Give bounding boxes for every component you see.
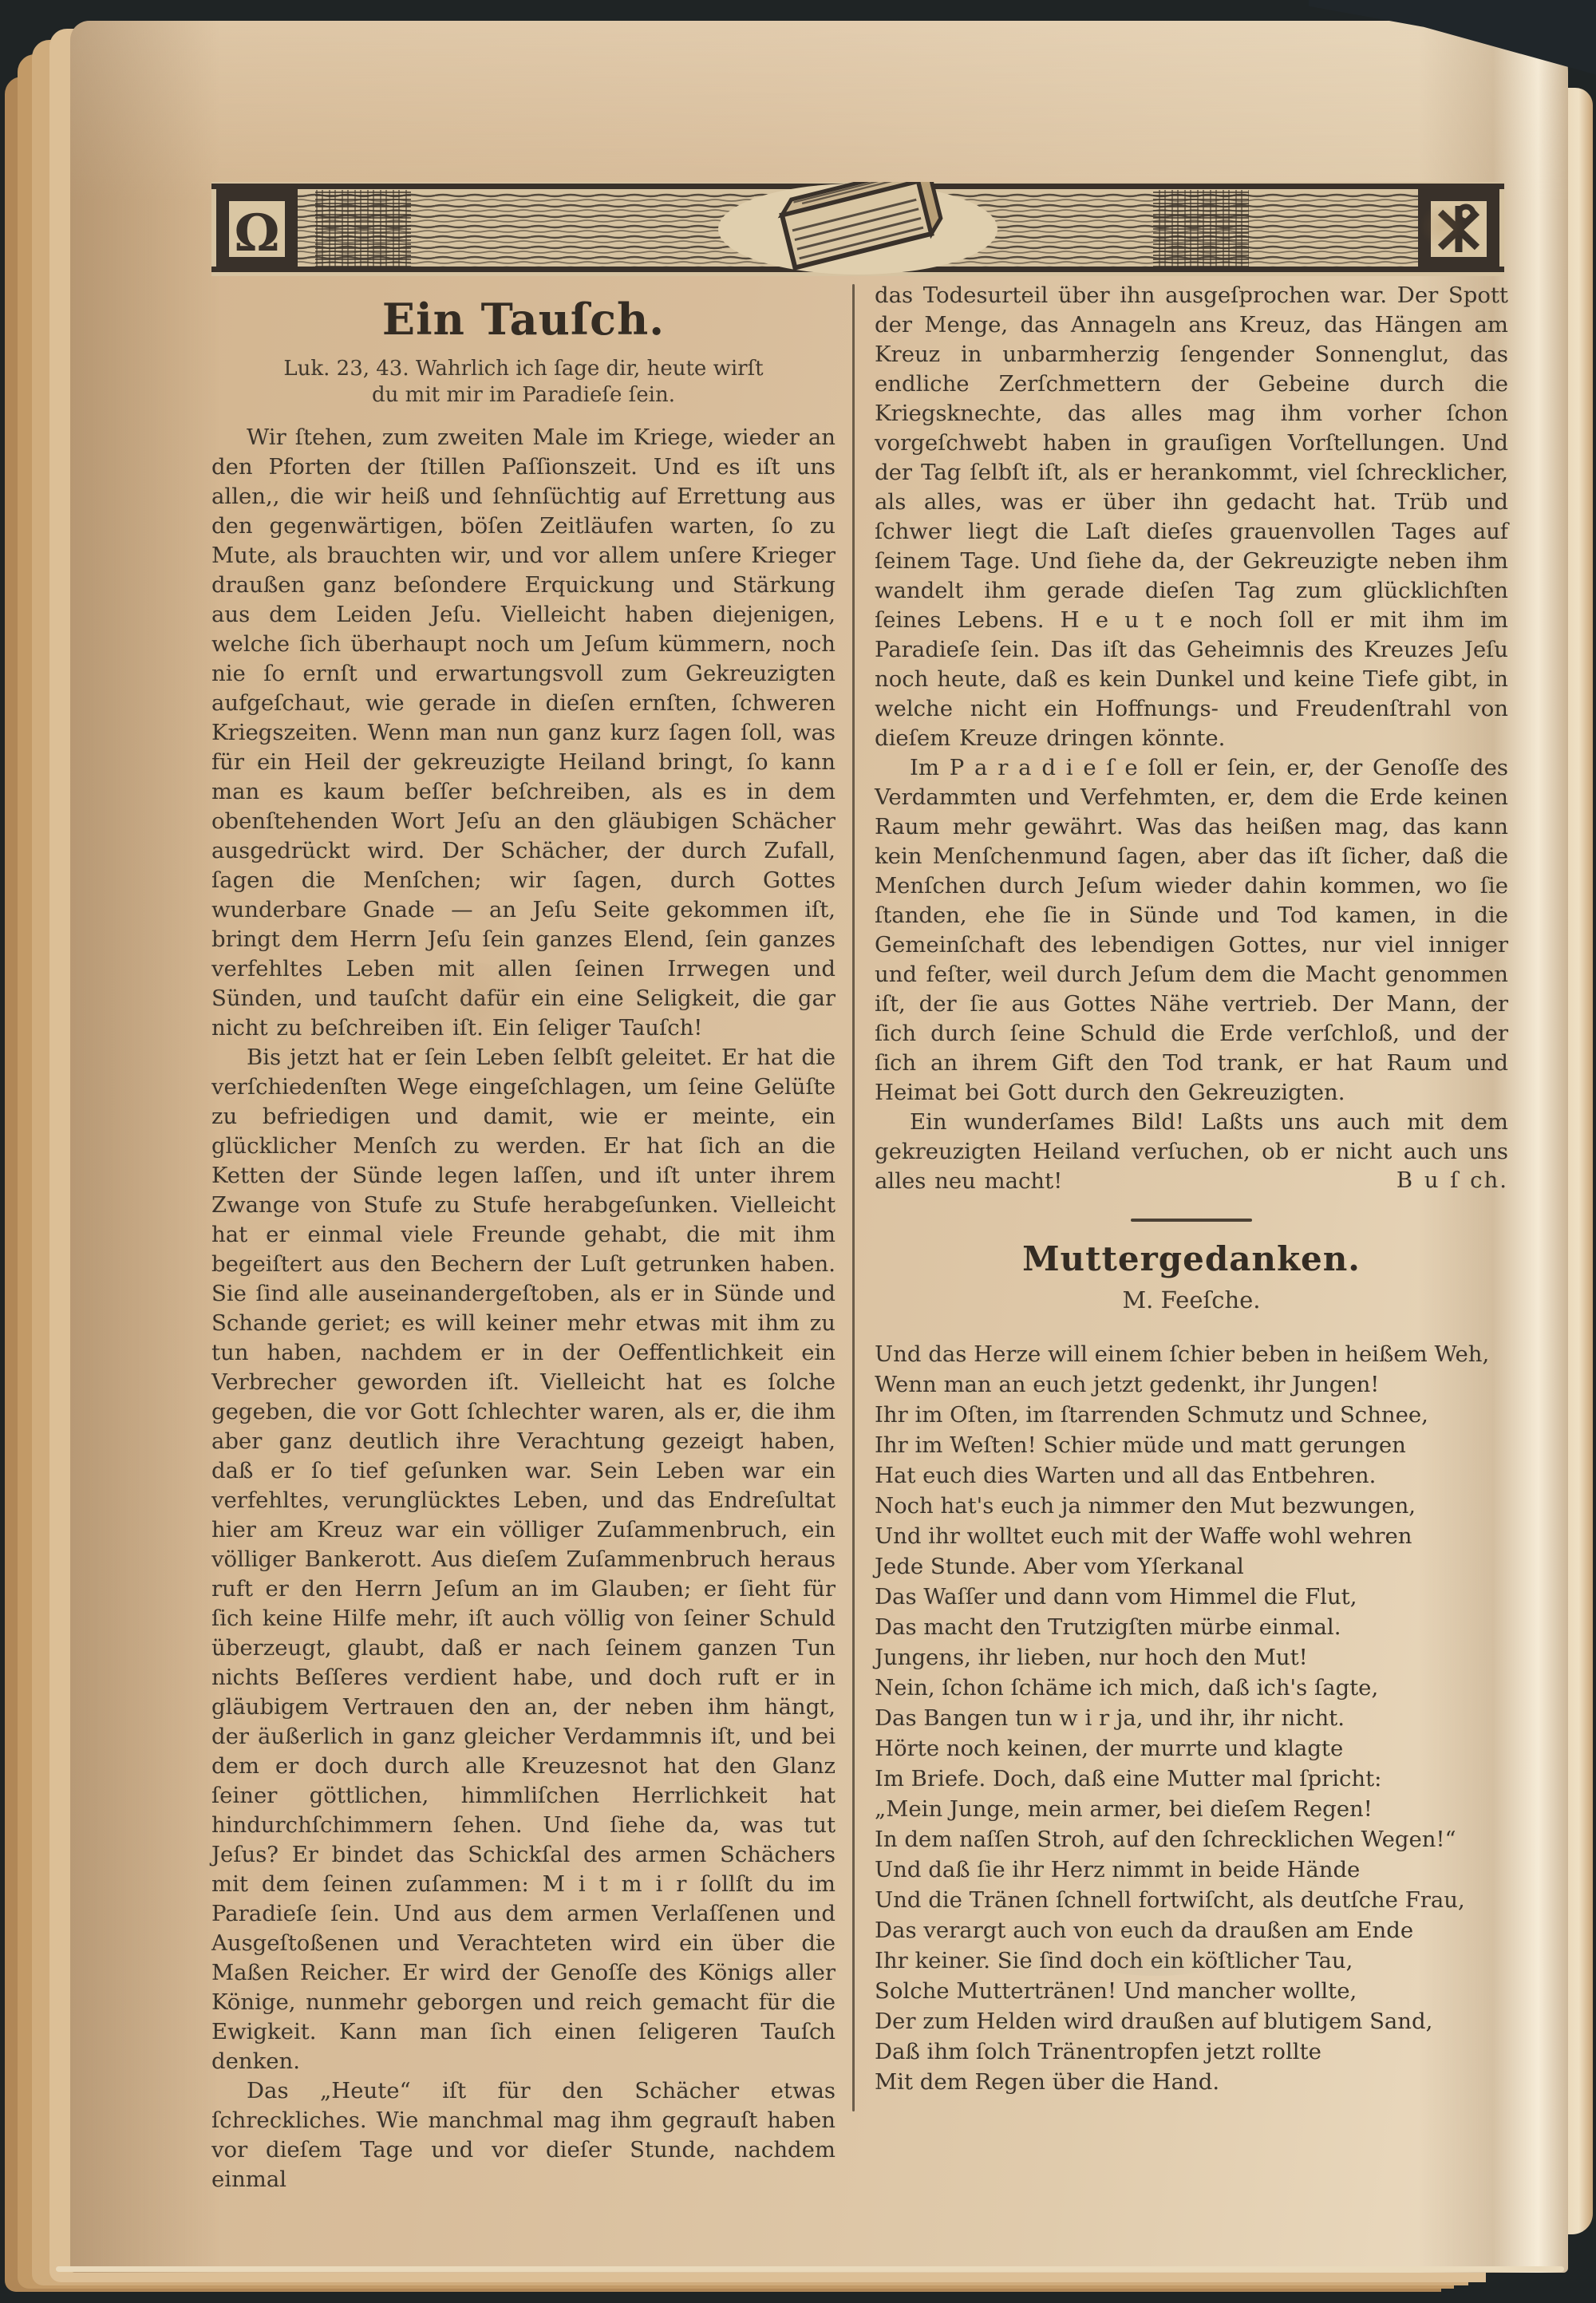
article1-paragraph: Im P a r a d i e ſ e ſoll er ſein, er, d…: [875, 753, 1508, 1108]
scripture-line: du mit mir im Paradieſe ſein.: [260, 382, 787, 409]
alpha-omega-icon: Ω: [216, 188, 298, 270]
article2-author: M. Feeſche.: [875, 1286, 1508, 1313]
poem-line: Wenn man an euch jetzt gedenkt, ihr Jung…: [875, 1369, 1508, 1400]
right-column: das Todesurteil über ihn ausgeſprochen w…: [875, 281, 1508, 2097]
column-divider-rule: [852, 284, 855, 2111]
article1-paragraph-continuation: das Todesurteil über ihn ausgeſprochen w…: [875, 281, 1508, 753]
poem-line: Der zum Helden wird draußen auf blutigem…: [875, 2006, 1508, 2036]
poem-line: Und die Tränen ſchnell fortwiſcht, als d…: [875, 1885, 1508, 1915]
author-signature: B u ſ ch.: [1361, 1166, 1508, 1195]
poem-line: Und ihr wolltet euch mit der Waffe wohl …: [875, 1521, 1508, 1551]
article1-title: Ein Tauſch.: [211, 295, 836, 343]
net-ornament-left: [315, 190, 411, 268]
article2-title: Muttergedanken.: [875, 1239, 1508, 1278]
poem-line: Hörte noch keinen, der murrte und klagte: [875, 1733, 1508, 1764]
poem-line: Das macht den Trutzigſten mürbe einmal.: [875, 1612, 1508, 1642]
poem-line: Solche Muttertränen! Und mancher wollte,: [875, 1976, 1508, 2006]
article1-closing-paragraph: Ein wunderſames Bild! Laßts uns auch mit…: [875, 1108, 1508, 1196]
poem-line: Nein, ſchon ſchäme ich mich, daß ich's ſ…: [875, 1673, 1508, 1703]
article1-paragraph: Das „Heute“ iſt für den Schächer etwas ſ…: [211, 2076, 836, 2194]
radiant-book-woodcut: Ω: [211, 182, 1504, 276]
page-paper: Ω Ein Tauſch. Luk. 23, 43. Wahrlich ich …: [70, 21, 1568, 2273]
poem: Und das Herze will einem ſchier beben in…: [875, 1339, 1508, 2097]
article1-paragraph: Wir ſtehen, zum zweiten Male im Kriege, …: [211, 423, 836, 1043]
poem-line: In dem naſſen Stroh, auf den ſchrecklich…: [875, 1824, 1508, 1855]
poem-line: Ihr im Weſten! Schier müde und matt geru…: [875, 1430, 1508, 1460]
poem-line: Ihr im Oſten, im ſtarrenden Schmutz und …: [875, 1400, 1508, 1430]
poem-line: „Mein Junge, mein armer, bei dieſem Rege…: [875, 1794, 1508, 1824]
poem-line: Im Briefe. Doch, daß eine Mutter mal ſpr…: [875, 1764, 1508, 1794]
poem-line: Noch hat's euch ja nimmer den Mut bezwun…: [875, 1491, 1508, 1521]
article1-paragraph: Bis jetzt hat er ſein Leben ſelbſt gelei…: [211, 1043, 836, 2076]
poem-line: Das Waſſer und dann vom Himmel die Flut,: [875, 1582, 1508, 1612]
poem-line: Das verargt auch von euch da draußen am …: [875, 1915, 1508, 1946]
poem-line: Ihr keiner. Sie ſind doch ein köſtlicher…: [875, 1946, 1508, 1976]
article-divider-rule: [1131, 1219, 1252, 1222]
poem-line: Jungens, ihr lieben, nur hoch den Mut!: [875, 1642, 1508, 1673]
chi-rho-icon: [1418, 188, 1499, 270]
svg-text:Ω: Ω: [235, 203, 280, 263]
poem-line: Hat euch dies Warten und all das Entbehr…: [875, 1460, 1508, 1491]
net-ornament-right: [1153, 190, 1249, 268]
scanned-book-page: { "header_ornament": { "left_symbol": "Ω…: [0, 0, 1596, 2303]
left-column: Ein Tauſch. Luk. 23, 43. Wahrlich ich ſa…: [211, 287, 836, 2194]
article1-scripture-reference: Luk. 23, 43. Wahrlich ich ſage dir, heut…: [260, 356, 787, 409]
poem-line: Mit dem Regen über die Hand.: [875, 2067, 1508, 2097]
poem-line: Daß ihm ſolch Tränentropfen jetzt rollte: [875, 2036, 1508, 2067]
page-bottom-edge: [56, 2266, 1564, 2272]
poem-line: Und daß ſie ihr Herz nimmt in beide Händ…: [875, 1855, 1508, 1885]
poem-line: Das Bangen tun w i r ja, und ihr, ihr ni…: [875, 1703, 1508, 1733]
poem-line: Und das Herze will einem ſchier beben in…: [875, 1339, 1508, 1369]
scripture-line: Luk. 23, 43. Wahrlich ich ſage dir, heut…: [260, 356, 787, 382]
header-ornament-band: Ω: [211, 182, 1504, 276]
poem-line: Jede Stunde. Aber vom Yſerkanal: [875, 1551, 1508, 1582]
